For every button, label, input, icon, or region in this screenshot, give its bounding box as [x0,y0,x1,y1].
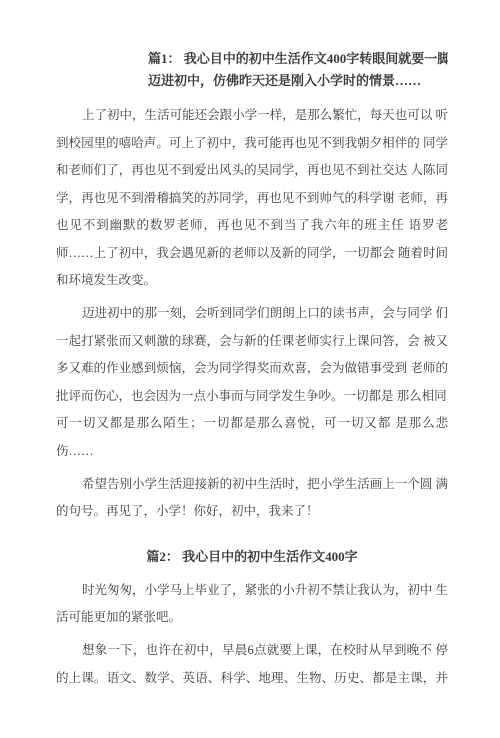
paragraph-block: 上了初中，生活可能还会跟小学一样，是那么繁忙，每天也可以 听到校园里的嘻哈声。可… [56,102,448,295]
text-line: 到校园里的嘻哈声。可上了初中，我可能再也见不到我朝夕相伴的 同学 [56,130,448,158]
text-line: 可一切又都是那么陌生；一切都是那么喜悦，可一切又都 是那么悲 [56,410,448,438]
heading-block: 篇1： 我心目中的初中生活作文400字转眼间就要一脚迈进初中，仿佛昨天还是刚入小… [148,48,448,92]
text-line: 师……上了初中，我会遇见新的老师以及新的同学，一切都会 随着时间 [56,240,448,268]
text-line: 的上课。语文、数学、英语、科学、地理、生物、历史、都是主课，并 [56,665,448,693]
text-line: 批评而伤心，也会因为一点小事而与同学发生争吵。一切都是 那么相同， [56,383,448,411]
document-content: 篇1： 我心目中的初中生活作文400字转眼间就要一脚迈进初中，仿佛昨天还是刚入小… [56,48,448,698]
text-line: 迈进初中的那一刻，会听到同学们朗朗上口的读书声，会与同学 们 [56,300,448,328]
text-line: 活可能更加的紧张吧。 [56,604,448,632]
text-line: 时光匆匆，小学马上毕业了，紧张的小升初不禁让我认为，初中 生 [56,577,448,605]
text-line: 篇1： 我心目中的初中生活作文400字转眼间就要一脚 [148,48,448,70]
document-page: 篇1： 我心目中的初中生活作文400字转眼间就要一脚迈进初中，仿佛昨天还是刚入小… [0,0,500,738]
text-line: 希望告别小学生活迎接新的初中生活时，把小学生活画上一个圆 满 [56,471,448,499]
text-line: 迈进初中，仿佛昨天还是刚入小学时的情景…… [148,70,448,92]
text-line: 伤…… [56,438,448,466]
text-line: 和老师们了，再也见不到爱出风头的吴同学，再也见不到社交达 人陈同 [56,157,448,185]
paragraph-block: 希望告别小学生活迎接新的初中生活时，把小学生活画上一个圆 满的句号。再见了，小学… [56,471,448,526]
text-line: 的句号。再见了，小学！你好，初中，我来了！ [56,498,448,526]
heading-block: 篇2： 我心目中的初中生活作文400字 [56,546,448,568]
text-line: 学，再也见不到滑稽搞笑的苏同学，再也见不到帅气的科学谢 老师，再 [56,185,448,213]
text-line: 和环境发生改变。 [56,267,448,295]
text-line: 也见不到幽默的数罗老师，再也见不到当了我六年的班主任 语罗老 [56,212,448,240]
text-line: 想象一下，也许在初中，早晨6点就要上课，在校时从早到晚不 停 [56,637,448,665]
text-line: 一起打紧张而又刺激的球赛，会与新的任课老师实行上课问答，会 被又 [56,328,448,356]
text-line: 篇2： 我心目中的初中生活作文400字 [56,546,448,568]
paragraph-block: 时光匆匆，小学马上毕业了，紧张的小升初不禁让我认为，初中 生活可能更加的紧张吧。 [56,577,448,632]
text-line: 多又难的作业感到烦恼，会为同学得奖而欢喜，会为做错事受到 老师的 [56,355,448,383]
paragraph-block: 想象一下，也许在初中，早晨6点就要上课，在校时从早到晚不 停的上课。语文、数学、… [56,637,448,692]
text-line: 上了初中，生活可能还会跟小学一样，是那么繁忙，每天也可以 听 [56,102,448,130]
paragraph-block: 迈进初中的那一刻，会听到同学们朗朗上口的读书声，会与同学 们一起打紧张而又刺激的… [56,300,448,465]
